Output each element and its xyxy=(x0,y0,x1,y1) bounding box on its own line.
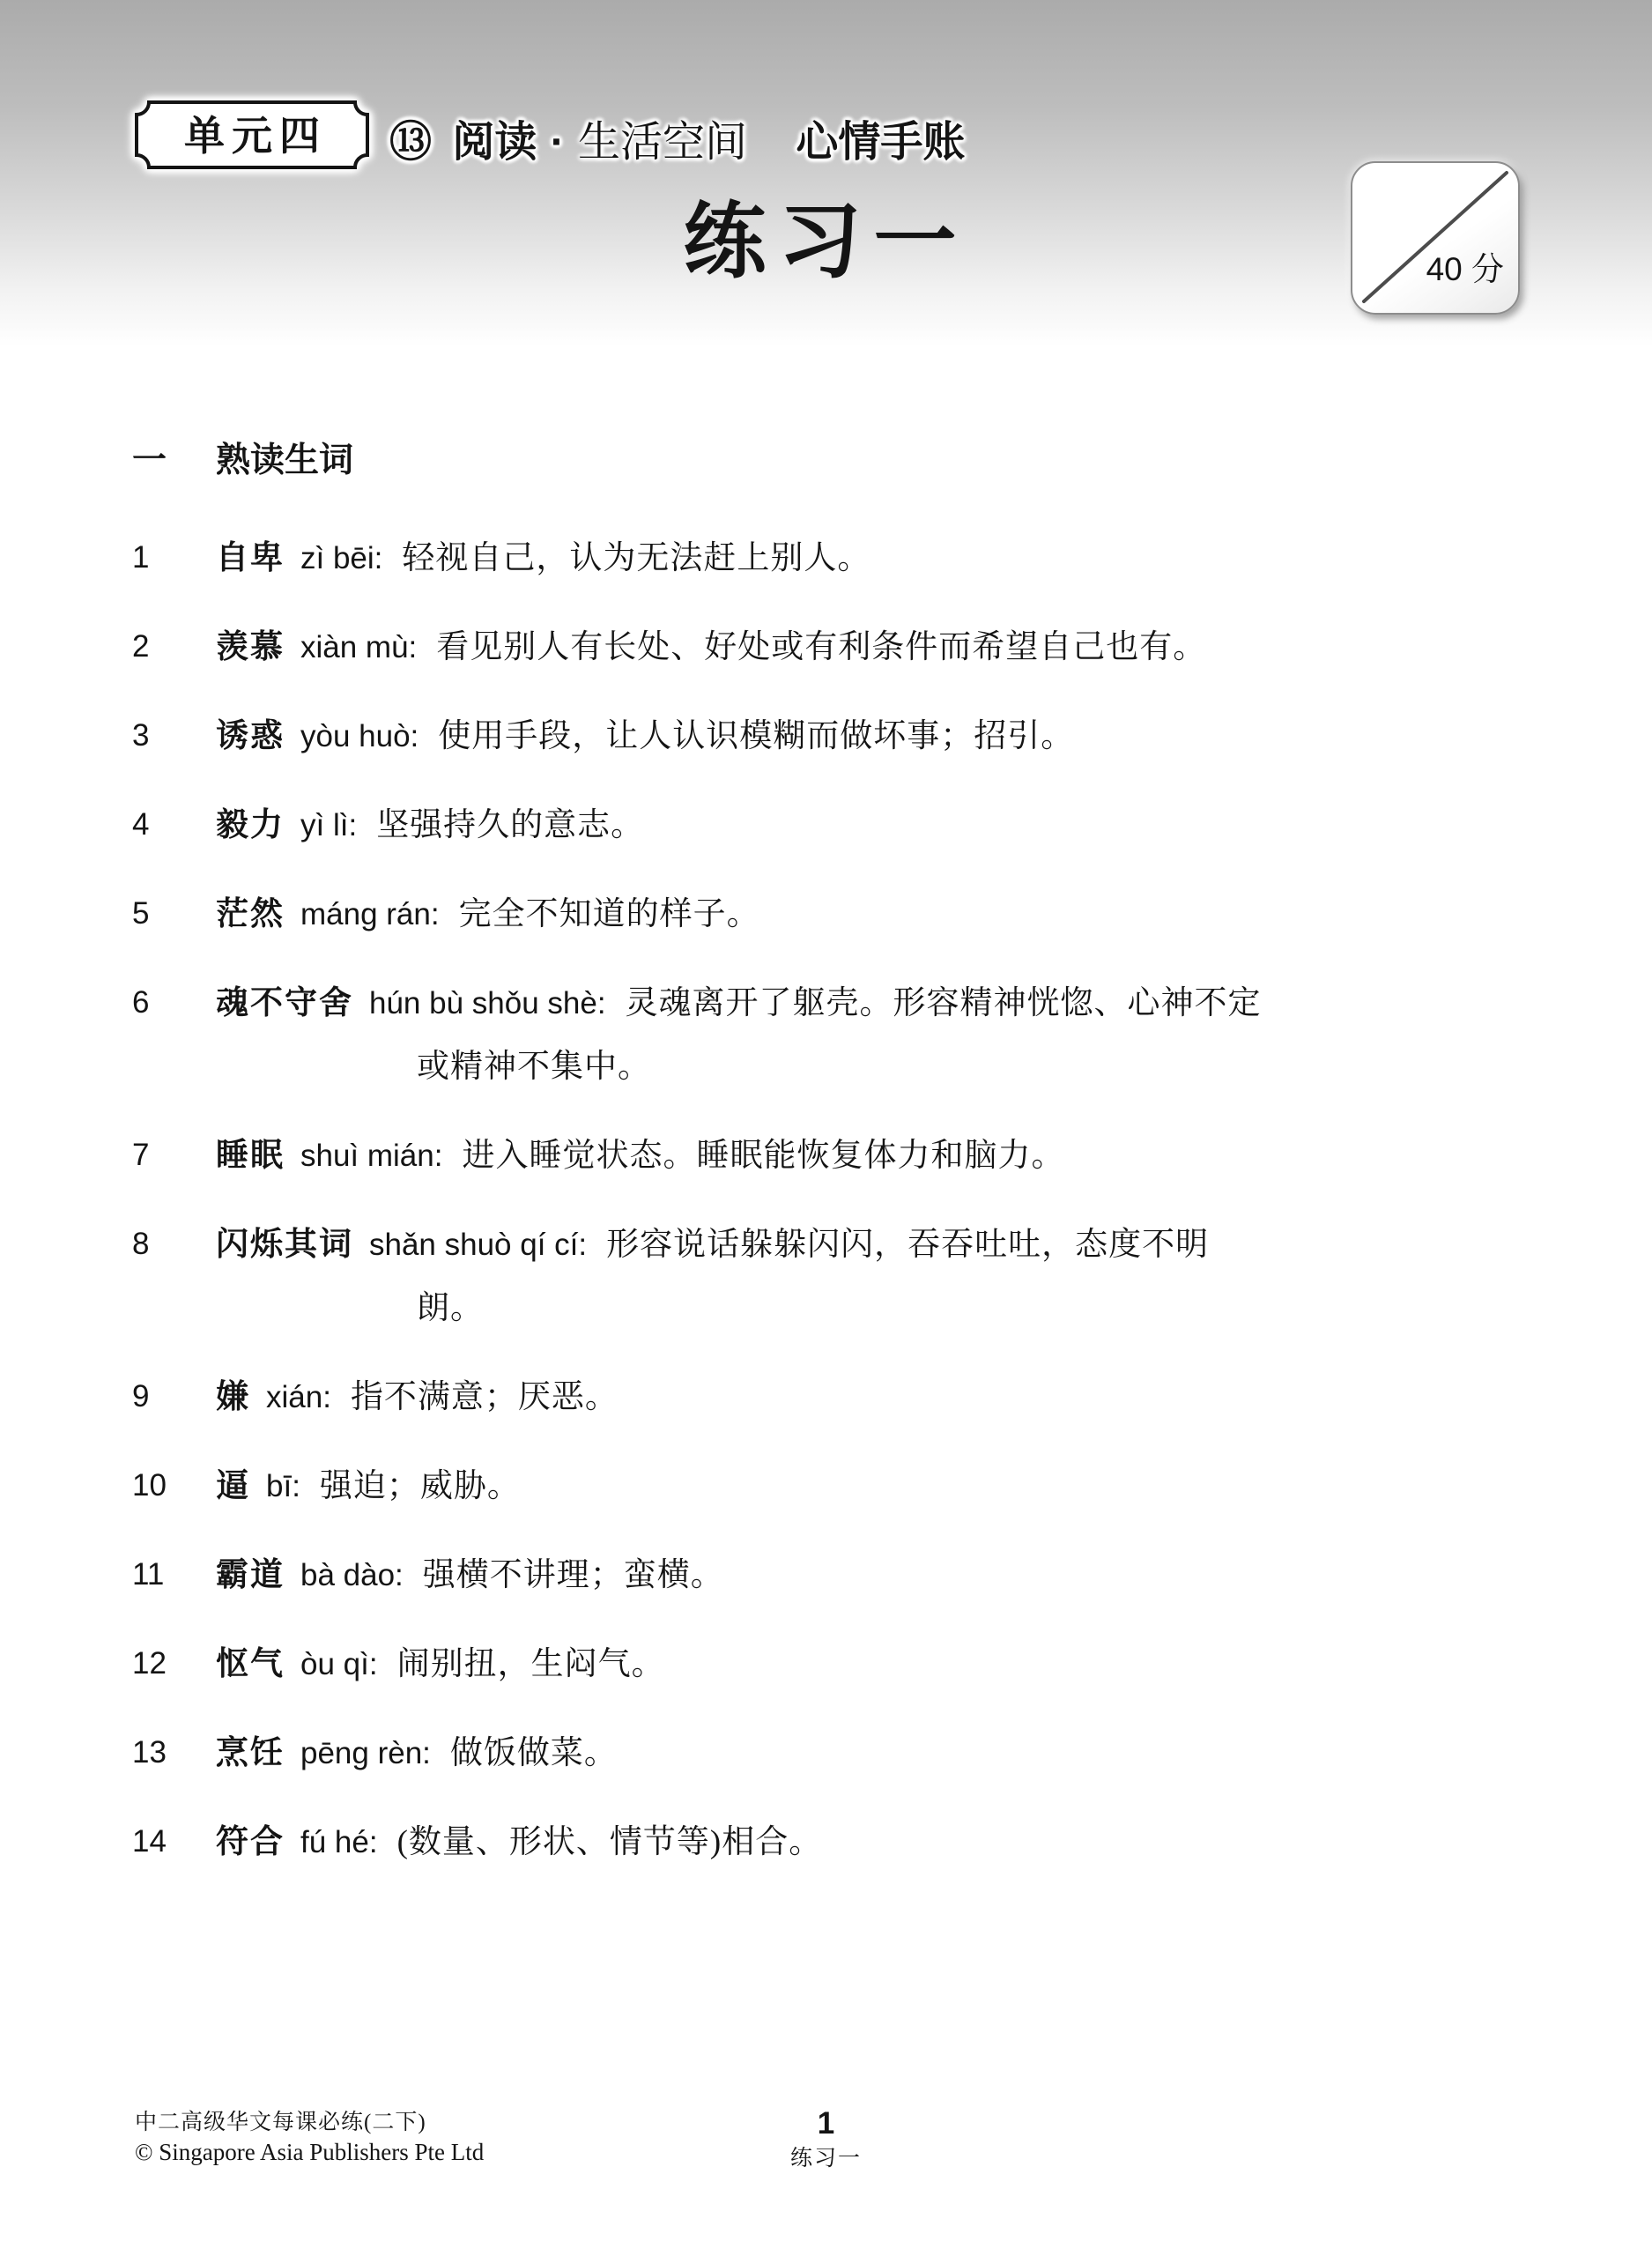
vocab-word: 逼 xyxy=(216,1467,250,1503)
vocab-word: 茫然 xyxy=(216,895,285,931)
footer-center: 1 练习一 xyxy=(0,2108,1652,2170)
vocab-entry: 魂不守舍hún bù shǒu shè:灵魂离开了躯壳。形容精神恍惚、心神不定 … xyxy=(216,983,1551,1087)
vocab-entry: 诱惑yòu huò:使用手段，让人认识模糊而做坏事；招引。 xyxy=(216,716,1551,757)
vocab-item: 12 怄气òu qì:闹别扭，生闷气。 xyxy=(132,1644,1551,1685)
vocab-number: 10 xyxy=(132,1466,216,1507)
score-diagonal xyxy=(1352,163,1518,313)
vocab-pinyin: pēng rèn: xyxy=(300,1736,431,1770)
vocab-definition: 灵魂离开了躯壳。形容精神恍惚、心神不定 xyxy=(626,985,1262,1021)
vocab-word: 霸道 xyxy=(216,1556,285,1592)
vocab-number: 1 xyxy=(132,538,216,579)
vocab-definition: 轻视自己，认为无法赶上别人。 xyxy=(402,540,870,576)
vocab-item: 5 茫然máng rán:完全不知道的样子。 xyxy=(132,894,1551,935)
vocab-entry: 自卑zì bēi:轻视自己，认为无法赶上别人。 xyxy=(216,538,1551,579)
vocab-entry: 符合fú hé:(数量、形状、情节等)相合。 xyxy=(216,1822,1551,1863)
vocab-entry: 闪烁其词shǎn shuò qí cí:形容说话躲躲闪闪，吞吞吐吐，态度不明 朗… xyxy=(216,1224,1551,1329)
vocab-entry: 霸道bà dào:强横不讲理；蛮横。 xyxy=(216,1555,1551,1596)
vocab-definition: 指不满意；厌恶。 xyxy=(351,1379,619,1415)
vocab-section: 一 熟读生词 1 自卑zì bēi:轻视自己，认为无法赶上别人。 2 羡慕xià… xyxy=(132,441,1551,1911)
vocab-item: 14 符合fú hé:(数量、形状、情节等)相合。 xyxy=(132,1822,1551,1863)
vocab-number: 3 xyxy=(132,716,216,757)
vocab-entry: 逼bī:强迫；威胁。 xyxy=(216,1466,1551,1507)
vocab-definition: 做饭做菜。 xyxy=(450,1735,618,1771)
vocab-entry: 嫌xián:指不满意；厌恶。 xyxy=(216,1377,1551,1418)
vocab-item: 4 毅力yì lì:坚强持久的意志。 xyxy=(132,805,1551,846)
vocab-pinyin: shuì mián: xyxy=(300,1139,442,1173)
vocab-definition: 强迫；威胁。 xyxy=(320,1468,521,1504)
vocab-number: 13 xyxy=(132,1733,216,1774)
section-heading: 一 熟读生词 xyxy=(132,441,1551,481)
vocab-entry: 怄气òu qì:闹别扭，生闷气。 xyxy=(216,1644,1551,1685)
vocab-number: 12 xyxy=(132,1644,216,1685)
vocab-pinyin: xiàn mù: xyxy=(300,630,417,664)
section-number: 一 xyxy=(132,441,216,481)
vocab-word: 烹饪 xyxy=(216,1734,285,1770)
unit-badge-label: 单元四 xyxy=(184,113,327,159)
vocab-item: 3 诱惑yòu huò:使用手段，让人认识模糊而做坏事；招引。 xyxy=(132,716,1551,757)
vocab-word: 闪烁其词 xyxy=(216,1226,353,1262)
vocab-item: 8 闪烁其词shǎn shuò qí cí:形容说话躲躲闪闪，吞吞吐吐，态度不明… xyxy=(132,1224,1551,1329)
vocab-number: 6 xyxy=(132,983,216,1087)
separator-dot-icon: · xyxy=(551,119,565,166)
vocab-definition: 坚强持久的意志。 xyxy=(376,807,644,843)
vocab-word: 自卑 xyxy=(216,539,285,575)
vocab-word: 魂不守舍 xyxy=(216,984,353,1020)
lesson-number: ⑬ xyxy=(389,119,432,166)
page-label: 练习一 xyxy=(0,2148,1652,2170)
lesson-type: 阅读 xyxy=(452,119,537,166)
vocab-number: 11 xyxy=(132,1555,216,1596)
vocab-word: 怄气 xyxy=(216,1645,285,1681)
vocab-pinyin: fú hé: xyxy=(300,1825,378,1859)
vocab-definition: 进入睡觉状态。睡眠能恢复体力和脑力。 xyxy=(462,1138,1064,1174)
unit-badge: 单元四 xyxy=(134,100,370,170)
vocab-word: 睡眠 xyxy=(216,1137,285,1173)
score-label: 40 分 xyxy=(1426,242,1504,290)
section-title: 熟读生词 xyxy=(216,441,353,481)
vocab-entry: 茫然máng rán:完全不知道的样子。 xyxy=(216,894,1551,935)
vocab-number: 7 xyxy=(132,1135,216,1176)
vocab-entry: 羡慕xiàn mù:看见别人有长处、好处或有利条件而希望自己也有。 xyxy=(216,627,1551,668)
vocab-number: 9 xyxy=(132,1377,216,1418)
vocab-pinyin: yòu huò: xyxy=(300,719,419,753)
vocab-number: 4 xyxy=(132,805,216,846)
lesson-topic: 生活空间 xyxy=(578,119,747,166)
vocab-definition: 使用手段，让人认识模糊而做坏事；招引。 xyxy=(438,718,1074,754)
score-box: 40 分 xyxy=(1351,161,1520,315)
vocab-pinyin: zì bēi: xyxy=(300,541,382,575)
vocab-definition: 形容说话躲躲闪闪，吞吞吐吐，态度不明 xyxy=(606,1227,1209,1263)
vocab-entry: 睡眠shuì mián:进入睡觉状态。睡眠能恢复体力和脑力。 xyxy=(216,1135,1551,1176)
vocab-number: 14 xyxy=(132,1822,216,1863)
vocab-definition-continuation: 朗。 xyxy=(216,1288,1551,1329)
vocab-pinyin: bī: xyxy=(266,1469,300,1503)
vocab-pinyin: xián: xyxy=(266,1380,331,1414)
vocab-pinyin: máng rán: xyxy=(300,897,440,931)
vocab-entry: 烹饪pēng rèn:做饭做菜。 xyxy=(216,1733,1551,1774)
vocab-definition: 强横不讲理；蛮横。 xyxy=(423,1557,724,1593)
vocab-item: 1 自卑zì bēi:轻视自己，认为无法赶上别人。 xyxy=(132,538,1551,579)
vocab-definition: 闹别扭，生闷气。 xyxy=(397,1646,665,1682)
vocab-item: 13 烹饪pēng rèn:做饭做菜。 xyxy=(132,1733,1551,1774)
vocab-item: 10 逼bī:强迫；威胁。 xyxy=(132,1466,1551,1507)
vocab-word: 羡慕 xyxy=(216,628,285,664)
vocab-item: 7 睡眠shuì mián:进入睡觉状态。睡眠能恢复体力和脑力。 xyxy=(132,1135,1551,1176)
vocab-entry: 毅力yì lì:坚强持久的意志。 xyxy=(216,805,1551,846)
lesson-title: 心情手账 xyxy=(796,119,965,166)
vocab-word: 符合 xyxy=(216,1823,285,1859)
vocab-definition-continuation: 或精神不集中。 xyxy=(216,1047,1551,1087)
vocab-pinyin: òu qì: xyxy=(300,1647,378,1681)
vocab-pinyin: shǎn shuò qí cí: xyxy=(369,1228,587,1262)
vocab-item: 11 霸道bà dào:强横不讲理；蛮横。 xyxy=(132,1555,1551,1596)
vocab-definition: 完全不知道的样子。 xyxy=(459,896,760,932)
vocab-item: 6 魂不守舍hún bù shǒu shè:灵魂离开了躯壳。形容精神恍惚、心神不… xyxy=(132,983,1551,1087)
lesson-header: ⑬ 阅读 · 生活空间 心情手账 xyxy=(389,115,965,171)
vocab-definition: (数量、形状、情节等)相合。 xyxy=(397,1824,823,1860)
vocab-word: 诱惑 xyxy=(216,717,285,753)
vocab-list: 1 自卑zì bēi:轻视自己，认为无法赶上别人。 2 羡慕xiàn mù:看见… xyxy=(132,538,1551,1863)
vocab-item: 9 嫌xián:指不满意；厌恶。 xyxy=(132,1377,1551,1418)
unit-badge-frame: 单元四 xyxy=(134,100,370,170)
vocab-definition: 看见别人有长处、好处或有利条件而希望自己也有。 xyxy=(436,629,1206,665)
vocab-number: 5 xyxy=(132,894,216,935)
vocab-pinyin: yì lì: xyxy=(300,808,357,842)
vocab-pinyin: bà dào: xyxy=(300,1558,404,1592)
page-number: 1 xyxy=(0,2108,1652,2139)
vocab-word: 毅力 xyxy=(216,806,285,842)
vocab-number: 8 xyxy=(132,1224,216,1329)
vocab-item: 2 羡慕xiàn mù:看见别人有长处、好处或有利条件而希望自己也有。 xyxy=(132,627,1551,668)
vocab-word: 嫌 xyxy=(216,1378,250,1414)
vocab-number: 2 xyxy=(132,627,216,668)
vocab-pinyin: hún bù shǒu shè: xyxy=(369,986,606,1020)
